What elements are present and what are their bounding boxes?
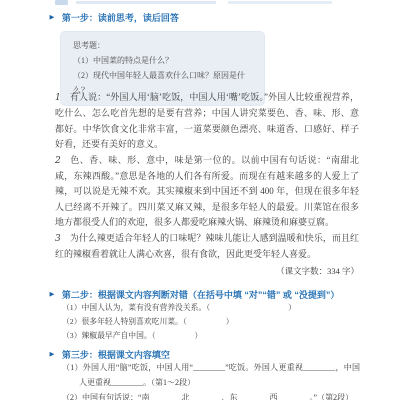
cropped-header-remnant (0, 0, 400, 6)
reading-passage: 1有人说：“外国人用‘脑’吃饭，中国人用‘嘴’吃饭。”外国人比较重视营养，吃什么… (55, 90, 359, 280)
paragraph-number: 3 (55, 234, 61, 244)
paragraph-number: 1 (55, 93, 61, 103)
cropped-text-strip (76, 1, 216, 4)
passage-paragraph: 2色、香、味、形、意中，味是第一位的。以前中国有句话说：“南甜北咸，东辣西酸。”… (55, 153, 359, 231)
step3-items: （1）外国人用“脑”吃饭，中国人用“________”吃饭。外国人更重视____… (62, 360, 360, 400)
play-arrow-icon: ► (48, 13, 56, 21)
paragraph-text: 为什么辣更适合年轻人的口味呢？辣味儿能让人感到温暖和快乐，而且红红的辣椒看着就让… (55, 233, 359, 259)
play-arrow-icon: ► (48, 350, 56, 358)
step2-header: ► 第二步：根据课文内容判断对错（在括号中填 “对”“错” 或 “没提到”） (48, 288, 339, 301)
word-count: （课文字数：334 字） (55, 264, 359, 279)
step2-items: （1）中国人认为，菜有没有营养没关系。（ ） （2）很多年轻人特别喜欢吃川菜。（… (62, 301, 296, 343)
step1-label: 第一步：读前思考，读后回答 (62, 11, 179, 24)
fill-blank-item-1: （1）外国人用“脑”吃饭，中国人用“________”吃饭。外国人更重视____… (62, 360, 360, 390)
step2-label: 第二步：根据课文内容判断对错（在括号中填 “对”“错” 或 “没提到”） (62, 288, 340, 301)
paragraph-text: 色、香、味、形、意中，味是第一位的。以前中国有句话说：“南甜北咸，东辣西酸。”意… (55, 155, 359, 228)
fill-blank-item-2: （2）中国有句话说：“南________北________，东________西… (62, 390, 360, 400)
passage-paragraph: 3为什么辣更适合年轻人的口味呢？辣味儿能让人感到温暖和快乐，而且红红的辣椒看着就… (55, 231, 359, 263)
true-false-item-2: （2）很多年轻人特别喜欢吃川菜。（ ） (62, 315, 296, 329)
textbook-page: ► 第一步：读前思考，读后回答 思考题： （1）中国菜的特点是什么？ （2）现代… (0, 0, 400, 400)
true-false-item-1: （1）中国人认为，菜有没有营养没关系。（ ） (62, 301, 296, 315)
think-box-title: 思考题： (73, 38, 258, 53)
cropped-icon-box (55, 0, 68, 5)
step1-header: ► 第一步：读前思考，读后回答 (48, 11, 179, 24)
think-question-1: （1）中国菜的特点是什么？ (73, 53, 258, 68)
paragraph-text: 有人说：“外国人用‘脑’吃饭，中国人用‘嘴’吃饭。”外国人比较重视营养，吃什么、… (55, 92, 359, 149)
cropped-text-strip (228, 1, 332, 4)
play-arrow-icon: ► (48, 290, 56, 298)
true-false-item-3: （3）辣椒最早产自中国。（ ） (62, 329, 296, 343)
passage-paragraph: 1有人说：“外国人用‘脑’吃饭，中国人用‘嘴’吃饭。”外国人比较重视营养，吃什么… (55, 90, 359, 153)
paragraph-number: 2 (55, 156, 61, 166)
